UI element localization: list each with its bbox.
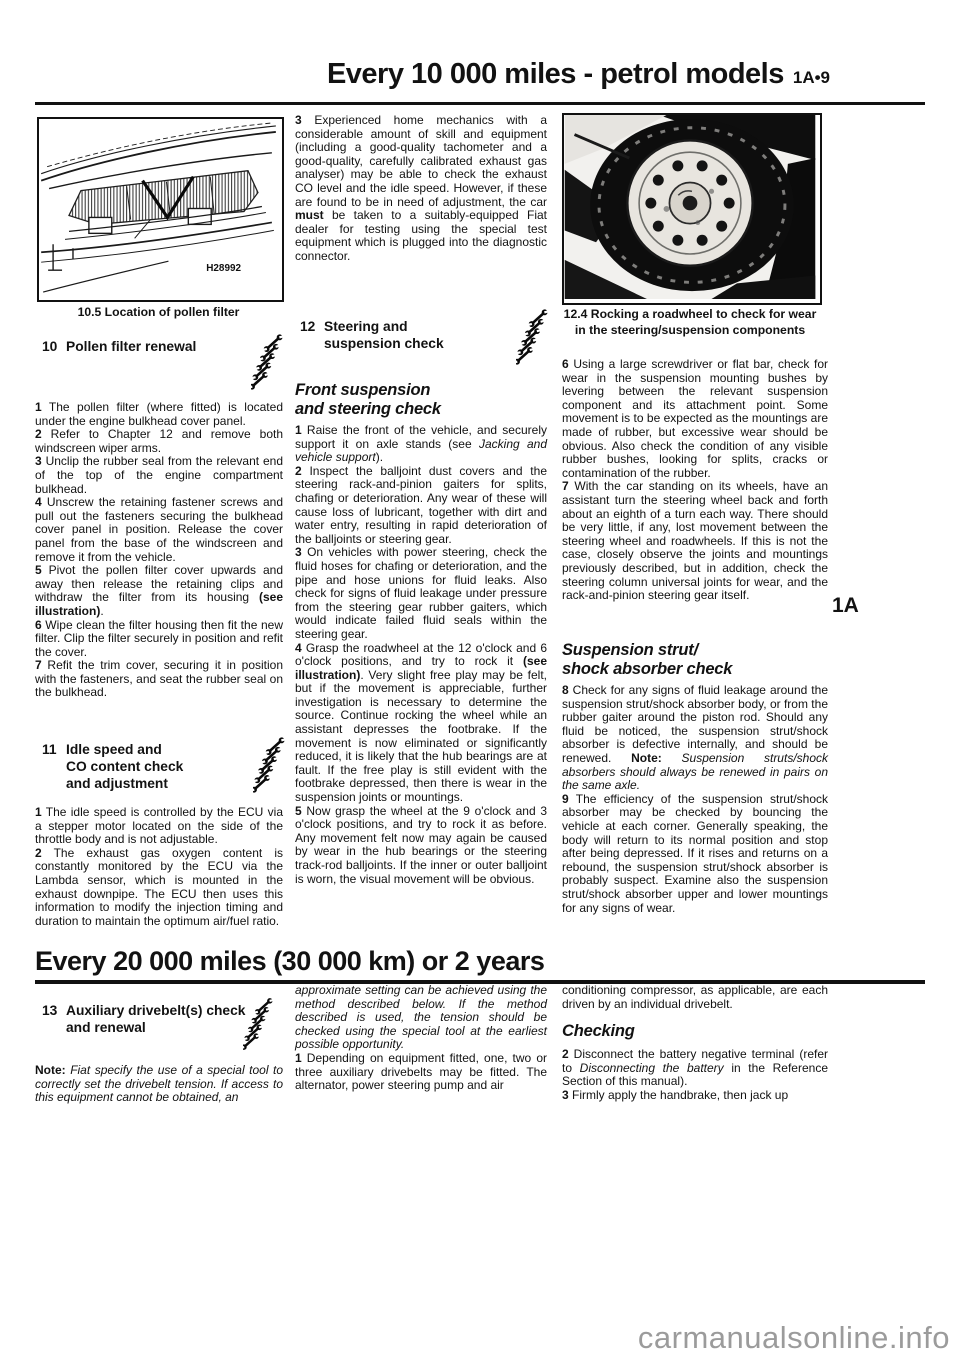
section-number: 13	[42, 1002, 66, 1019]
paragraph: 3 Experienced home mechanics with a cons…	[295, 114, 547, 264]
roadwheel-photo	[564, 115, 816, 299]
page-title: Every 10 000 miles - petrol models	[327, 58, 784, 91]
pollen-filter-figure: H28992	[37, 117, 284, 302]
chapter-side-tab: 1A	[832, 594, 859, 618]
paragraph: 1 Raise the front of the vehicle, and se…	[295, 424, 547, 465]
bottom-right-steps: 2 Disconnect the battery negative termin…	[562, 1048, 828, 1102]
section-10-heading: 10 Pollen filter renewal	[42, 338, 247, 355]
bottom-middle-paragraphs: approximate setting can be achieved usin…	[295, 984, 547, 1093]
difficulty-spanners-icon	[516, 308, 548, 366]
front-suspension-subheading: Front suspension and steering check	[295, 381, 547, 418]
steering-check-steps-6-7: 6 Using a large screwdriver or flat bar,…	[562, 358, 828, 603]
section-number: 11	[42, 741, 66, 758]
section-10-steps: 1 The pollen filter (where fitted) is lo…	[35, 401, 283, 700]
difficulty-spanners-icon	[253, 736, 285, 794]
paragraph: 3 Firmly apply the handbrake, then jack …	[562, 1089, 828, 1103]
section-title: Auxiliary drivebelt(s) check and renewal	[66, 1002, 245, 1036]
paragraph: 3 Unclip the rubber seal from the releva…	[35, 455, 283, 496]
paragraph: conditioning compressor, as applicable, …	[562, 984, 828, 1011]
section-title: Pollen filter renewal	[66, 338, 196, 355]
header-rule	[35, 102, 925, 105]
section-title: Steering and suspension check	[324, 318, 444, 352]
photo-caption: 12.4 Rocking a roadwheel to check for we…	[562, 307, 818, 338]
front-suspension-steps: 1 Raise the front of the vehicle, and se…	[295, 424, 547, 886]
section-13-heading: 13 Auxiliary drivebelt(s) check and rene…	[42, 1002, 247, 1036]
paragraph: approximate setting can be achieved usin…	[295, 984, 547, 1052]
page-number: 1A•9	[793, 68, 830, 88]
paragraph: 1 The idle speed is controlled by the EC…	[35, 806, 283, 847]
figure-caption: 10.5 Location of pollen filter	[37, 305, 280, 321]
continuation-paragraph: 3 Experienced home mechanics with a cons…	[295, 114, 547, 264]
paragraph: 1 The pollen filter (where fitted) is lo…	[35, 401, 283, 428]
bottom-right-continuation: conditioning compressor, as applicable, …	[562, 984, 828, 1011]
section-number: 12	[300, 318, 324, 335]
page-header: Every 10 000 miles - petrol models 1A•9	[35, 58, 830, 91]
section-11-steps: 1 The idle speed is controlled by the EC…	[35, 806, 283, 928]
paragraph: 4 Unscrew the retaining fastener screws …	[35, 496, 283, 564]
strut-check-steps: 8 Check for any signs of fluid leakage a…	[562, 684, 828, 915]
paragraph: 5 Pivot the pollen filter cover upwards …	[35, 564, 283, 618]
paragraph: 2 Disconnect the battery negative termin…	[562, 1048, 828, 1089]
section-13-note: Note: Fiat specify the use of a special …	[35, 1064, 283, 1105]
paragraph: 2 Refer to Chapter 12 and remove both wi…	[35, 428, 283, 455]
watermark: carmanualsonline.info	[638, 1320, 950, 1356]
section-11-heading: 11 Idle speed and CO content check and a…	[42, 741, 247, 792]
paragraph: 2 Inspect the balljoint dust covers and …	[295, 465, 547, 547]
paragraph: 7 With the car standing on its wheels, h…	[562, 480, 828, 602]
roadwheel-photo-frame	[562, 113, 822, 305]
paragraph: Note: Fiat specify the use of a special …	[35, 1064, 283, 1105]
section-12-heading: 12 Steering and suspension check	[300, 318, 505, 352]
figure-code-label: H28992	[206, 263, 241, 274]
paragraph: 3 On vehicles with power steering, check…	[295, 546, 547, 641]
checking-subheading: Checking	[562, 1022, 828, 1041]
strut-check-subheading: Suspension strut/ shock absorber check	[562, 641, 828, 678]
paragraph: 4 Grasp the roadwheel at the 12 o'clock …	[295, 642, 547, 805]
section-title: Idle speed and CO content check and adju…	[66, 741, 183, 792]
paragraph: 2 The exhaust gas oxygen content is cons…	[35, 847, 283, 929]
interval-band-title: Every 20 000 miles (30 000 km) or 2 year…	[35, 946, 544, 977]
paragraph: 8 Check for any signs of fluid leakage a…	[562, 684, 828, 793]
pollen-filter-illustration: H28992	[39, 119, 278, 296]
paragraph: 1 Depending on equipment fitted, one, tw…	[295, 1052, 547, 1093]
paragraph: 6 Wipe clean the filter housing then fit…	[35, 619, 283, 660]
paragraph: 5 Now grasp the wheel at the 9 o'clock a…	[295, 805, 547, 887]
section-number: 10	[42, 338, 66, 355]
paragraph: 7 Refit the trim cover, securing it in p…	[35, 659, 283, 700]
paragraph: 9 The efficiency of the suspension strut…	[562, 793, 828, 915]
difficulty-spanners-icon	[243, 996, 273, 1052]
difficulty-spanners-icon	[251, 333, 283, 391]
paragraph: 6 Using a large screwdriver or flat bar,…	[562, 358, 828, 480]
